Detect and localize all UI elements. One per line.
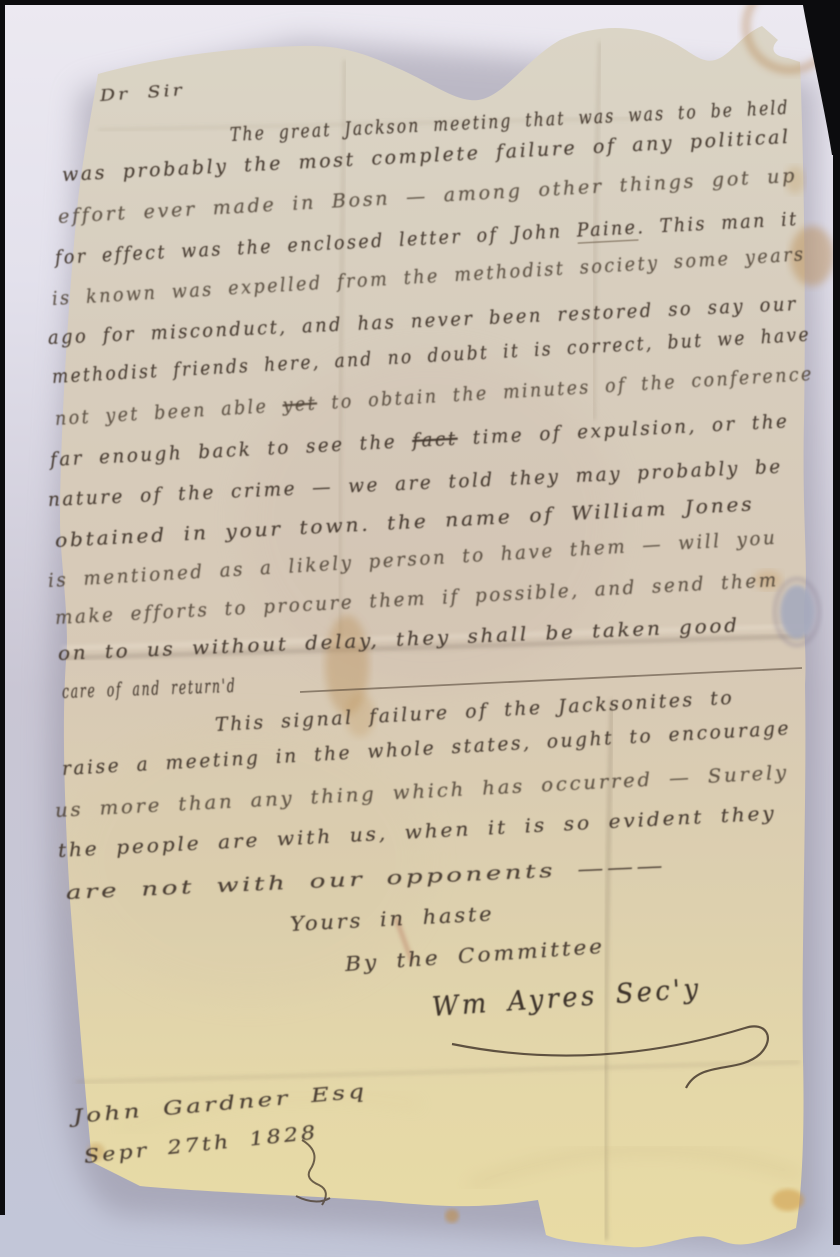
stain-spot-bottom-2 <box>772 1189 804 1211</box>
stain-right-upper <box>790 226 834 286</box>
stain-spot-bottom-3 <box>87 1143 105 1161</box>
paper-discoloration <box>240 350 620 690</box>
letter-photograph: Dr Sir The great Jackson meeting that wa… <box>0 0 840 1257</box>
tear-hole-right <box>780 585 814 639</box>
frame-right <box>833 0 840 1245</box>
stain-right-mid <box>754 570 782 590</box>
frame-left <box>0 0 5 1215</box>
stain-spot-bottom-1 <box>445 1209 459 1223</box>
stain-right-upper-2 <box>785 166 805 194</box>
paper-discoloration-2 <box>70 720 430 1000</box>
stain-left-center-2 <box>345 693 375 737</box>
frame-top <box>0 0 840 5</box>
paper-artwork <box>0 0 840 1257</box>
